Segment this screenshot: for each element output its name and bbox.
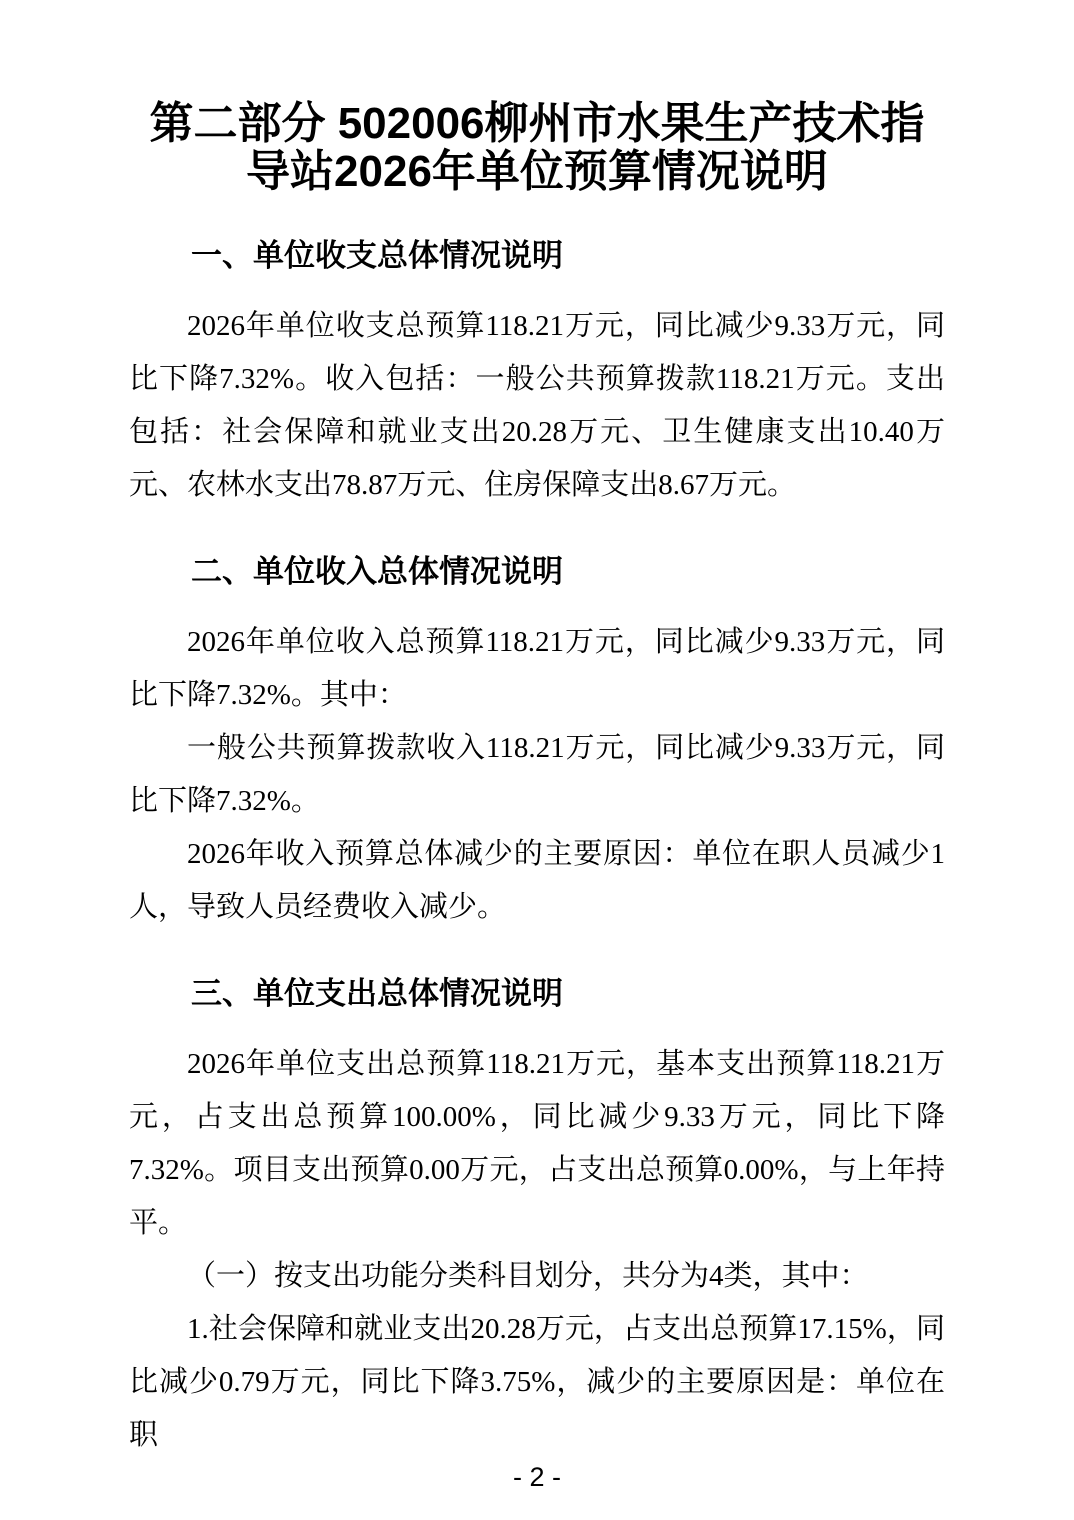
paragraph: 1.社会保障和就业支出20.28万元，占支出总预算17.15%，同比减少0.79… [129, 1303, 945, 1462]
document-page: 第二部分 502006柳州市水果生产技术指导站2026年单位预算情况说明 一、单… [0, 0, 1074, 1520]
paragraph: 2026年单位支出总预算118.21万元，基本支出预算118.21万元，占支出总… [129, 1038, 945, 1250]
page-number: - 2 - [0, 1462, 1074, 1493]
section-heading-2: 二、单位收入总体情况说明 [129, 552, 945, 592]
document-title: 第二部分 502006柳州市水果生产技术指导站2026年单位预算情况说明 [129, 100, 945, 196]
section-heading-3: 三、单位支出总体情况说明 [129, 974, 945, 1014]
section-income-expenditure-overview: 一、单位收支总体情况说明 2026年单位收支总预算118.21万元，同比减少9.… [129, 236, 945, 512]
document-content: 第二部分 502006柳州市水果生产技术指导站2026年单位预算情况说明 一、单… [129, 0, 945, 1462]
section-heading-1: 一、单位收支总体情况说明 [129, 236, 945, 276]
paragraph: 2026年收入预算总体减少的主要原因：单位在职人员减少1人，导致人员经费收入减少… [129, 828, 945, 934]
section-expenditure-overview: 三、单位支出总体情况说明 2026年单位支出总预算118.21万元，基本支出预算… [129, 974, 945, 1462]
paragraph: 2026年单位收入总预算118.21万元，同比减少9.33万元，同比下降7.32… [129, 616, 945, 722]
section-income-overview: 二、单位收入总体情况说明 2026年单位收入总预算118.21万元，同比减少9.… [129, 552, 945, 934]
paragraph: （一）按支出功能分类科目划分，共分为4类，其中： [129, 1250, 945, 1303]
paragraph: 2026年单位收支总预算118.21万元，同比减少9.33万元，同比下降7.32… [129, 300, 945, 512]
paragraph: 一般公共预算拨款收入118.21万元，同比减少9.33万元，同比下降7.32%。 [129, 722, 945, 828]
